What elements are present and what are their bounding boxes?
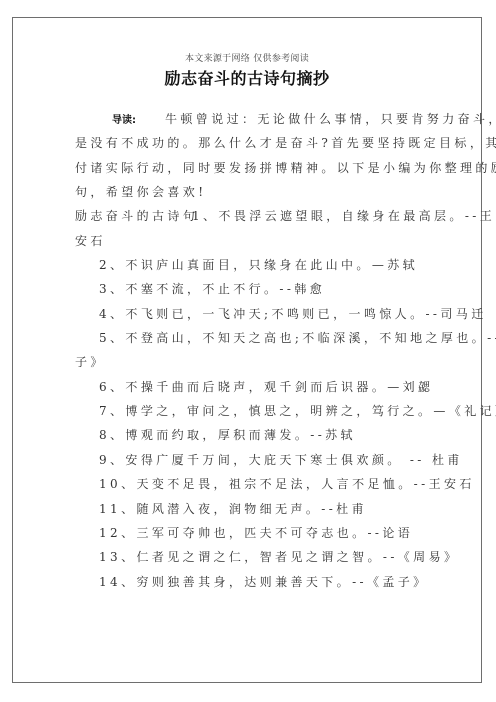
poem-item: 1、不畏浮云遮望眼，自缘身在最高层。--王 — [192, 209, 495, 223]
document-page: 本文来源于网络 仅供参考阅读 励志奋斗的古诗句摘抄 导读:牛顿曾说过：无论做什么… — [12, 17, 482, 683]
intro-line: 导读:牛顿曾说过：无论做什么事情，只要肯努力奋斗， — [75, 107, 425, 131]
source-note: 本文来源于网络 仅供参考阅读 — [13, 51, 481, 64]
poem-item: 3、不塞不流，不止不行。--韩愈 — [75, 277, 425, 301]
document-title: 励志奋斗的古诗句摘抄 — [13, 66, 481, 89]
poem-item: 12、三军可夺帅也，匹夫不可夺志也。--论语 — [75, 521, 425, 545]
poem-item: 11、随风潜入夜，润物细无声。--杜甫 — [75, 497, 425, 521]
poem-item: 7、博学之，审问之，慎思之，明辨之，笃行之。—《礼记》 — [75, 399, 425, 423]
intro-line: 付诸实际行动，同时要发扬拼博精神。以下是小编为你整理的励志诗 — [75, 156, 425, 180]
poem-item: 13、仁者见之谓之仁，智者见之谓之智。--《周易》 — [75, 545, 425, 569]
poem-item: 8、博观而约取，厚积而薄发。--苏轼 — [75, 423, 425, 447]
poem-item: 6、不操千曲而后晓声，观千剑而后识器。—刘勰 — [75, 375, 425, 399]
section-label: 励志奋斗的古诗句 — [75, 204, 192, 228]
poem-continuation: 安石 — [75, 229, 425, 253]
document-body: 导读:牛顿曾说过：无论做什么事情，只要肯努力奋斗， 是没有不成功的。那么什么才是… — [75, 107, 425, 594]
intro-line: 句，希望你会喜欢! — [75, 180, 425, 204]
intro-label: 导读: — [112, 109, 165, 133]
poem-item: 10、天变不足畏，祖宗不足法，人言不足恤。--王安石 — [75, 472, 425, 496]
intro-line: 是没有不成功的。那么什么才是奋斗?首先要坚持既定目标，其次要 — [75, 131, 425, 155]
poem-item: 14、穷则独善其身，达则兼善天下。--《孟子》 — [75, 570, 425, 594]
poem-continuation: 子》 — [75, 350, 425, 374]
section-heading-line: 励志奋斗的古诗句1、不畏浮云遮望眼，自缘身在最高层。--王 — [75, 204, 425, 228]
poem-item: 9、安得广厦千万间，大庇天下寒士俱欢颜。 -- 杜甫 — [75, 448, 425, 472]
poem-item: 4、不飞则已，一飞冲天;不鸣则已，一鸣惊人。--司马迁 — [75, 302, 425, 326]
poem-item: 2、不识庐山真面目，只缘身在此山中。—苏轼 — [75, 253, 425, 277]
poem-item: 5、不登高山，不知天之高也;不临深溪，不知地之厚也。--《荀 — [75, 326, 425, 350]
